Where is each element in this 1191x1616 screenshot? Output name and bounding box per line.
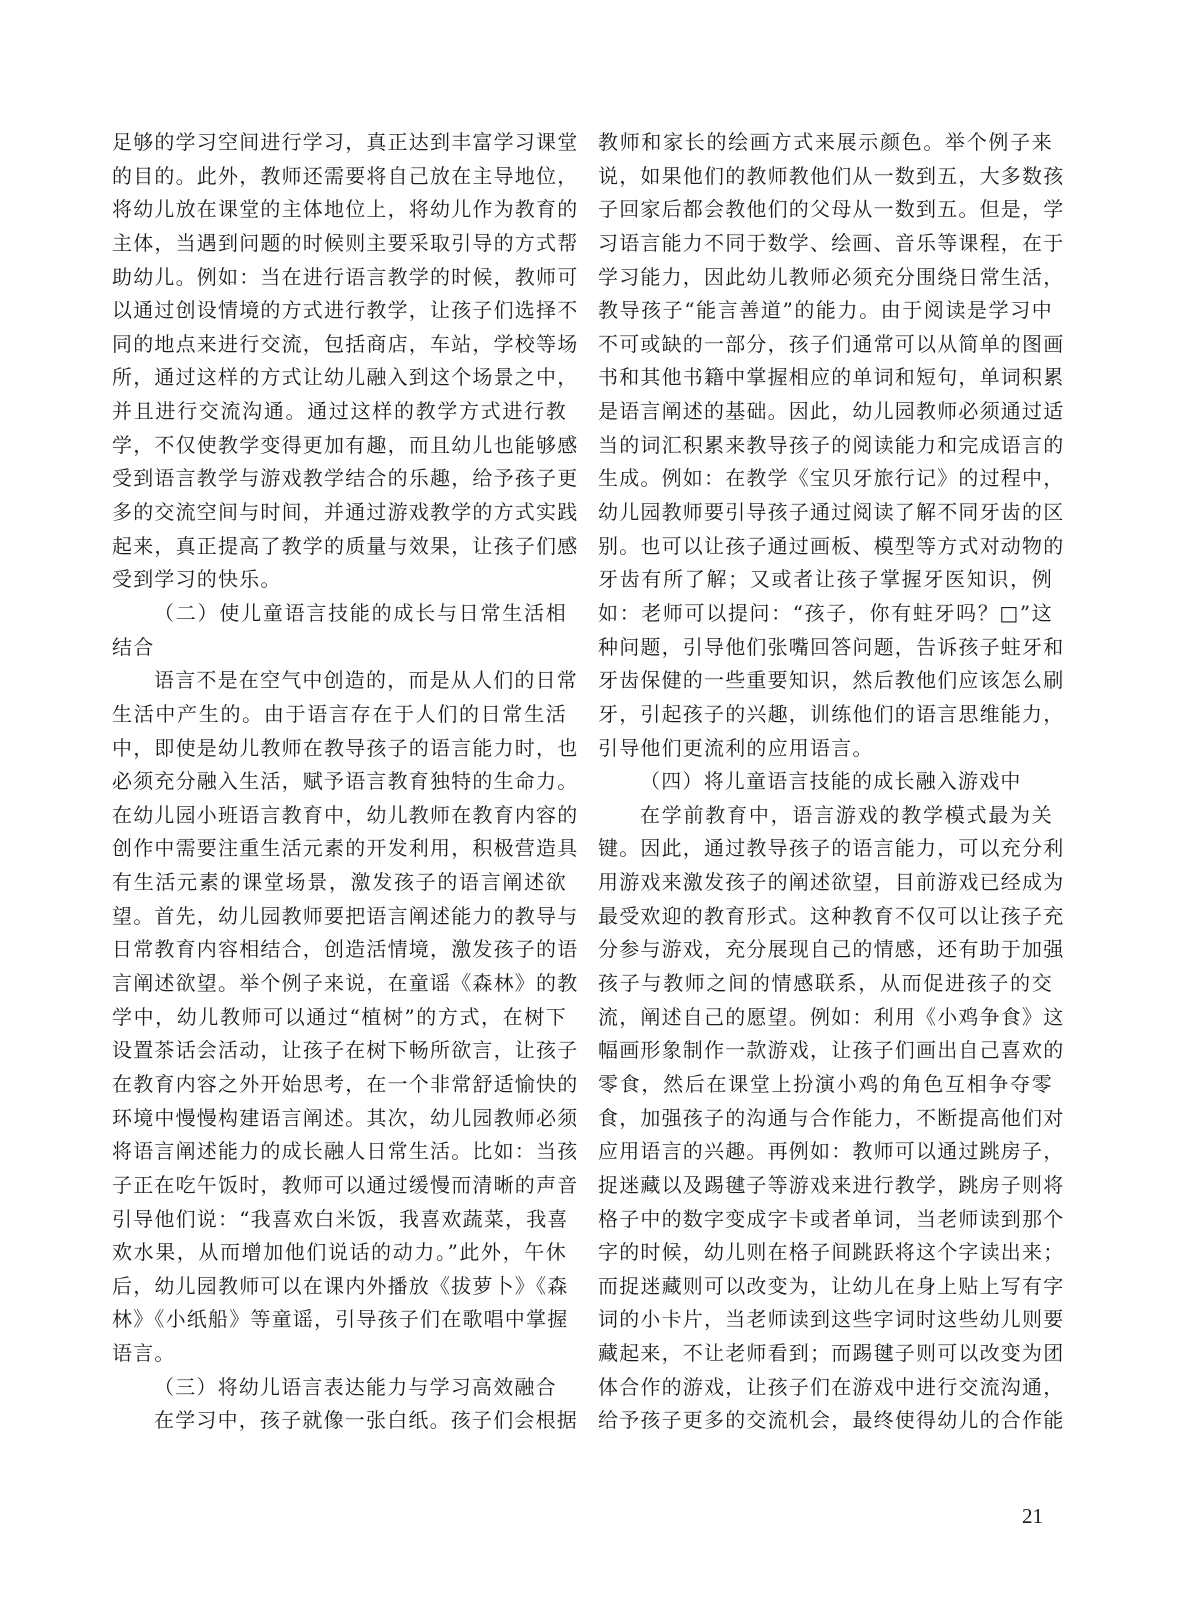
text-line: 子回家后都会教他们的父母从一数到五。但是，学 — [598, 193, 1053, 227]
text-line: 食，加强孩子的沟通与合作能力，不断提高他们对 — [598, 1102, 1053, 1136]
text-line: 孩子与教师之间的情感联系，从而促进孩子的交 — [598, 967, 1053, 1001]
text-line: 别。也可以让孩子通过画板、模型等方式对动物的 — [598, 530, 1053, 564]
text-line: 在教育内容之外开始思考，在一个非常舒适愉快的 — [112, 1068, 567, 1102]
paragraph-end-line: 受到学习的快乐。 — [112, 563, 567, 597]
text-line: 流，阐述自己的愿望。例如：利用《小鸡争食》这 — [598, 1001, 1053, 1035]
text-line: 的目的。此外，教师还需要将自己放在主导地位， — [112, 160, 567, 194]
left-column: 足够的学习空间进行学习，真正达到丰富学习课堂的目的。此外，教师还需要将自己放在主… — [112, 126, 567, 1438]
text-line: 所，通过这样的方式让幼儿融入到这个场景之中， — [112, 361, 567, 395]
text-line: 如：老师可以提问：“孩子，你有蛀牙吗？□”这 — [598, 597, 1053, 631]
text-line: 牙齿保健的一些重要知识，然后教他们应该怎么刷 — [598, 664, 1053, 698]
text-line: 后，幼儿园教师可以在课内外播放《拔萝卜》《森 — [112, 1270, 567, 1304]
text-line: 创作中需要注重生活元素的开发利用，积极营造具 — [112, 832, 567, 866]
text-line: 学习能力，因此幼儿教师必须充分围绕日常生活， — [598, 261, 1053, 295]
text-line: 助幼儿。例如：当在进行语言教学的时候，教师可 — [112, 261, 567, 295]
text-line: 在幼儿园小班语言教育中，幼儿教师在教育内容的 — [112, 799, 567, 833]
paragraph-start-line: 语言不是在空气中创造的，而是从人们的日常 — [112, 664, 567, 698]
text-line: 主体，当遇到问题的时候则主要采取引导的方式帮 — [112, 227, 567, 261]
section-heading: （三）将幼儿语言表达能力与学习高效融合 — [112, 1371, 567, 1405]
text-line: 生成。例如：在教学《宝贝牙旅行记》的过程中， — [598, 462, 1053, 496]
text-line: 格子中的数字变成字卡或者单词，当老师读到那个 — [598, 1203, 1053, 1237]
text-line: 并且进行交流沟通。通过这样的教学方式进行教 — [112, 395, 567, 429]
text-line: 零食，然后在课堂上扮演小鸡的角色互相争夺零 — [598, 1068, 1053, 1102]
text-line: 环境中慢慢构建语言阐述。其次，幼儿园教师必须 — [112, 1102, 567, 1136]
text-line: 应用语言的兴趣。再例如：教师可以通过跳房子， — [598, 1135, 1053, 1169]
section-heading: （四）将儿童语言技能的成长融入游戏中 — [598, 765, 1053, 799]
text-line: 将幼儿放在课堂的主体地位上，将幼儿作为教育的 — [112, 193, 567, 227]
text-line: 学中，幼儿教师可以通过“植树”的方式，在树下 — [112, 1001, 567, 1035]
page-number: 21 — [1022, 1504, 1043, 1529]
text-line: 足够的学习空间进行学习，真正达到丰富学习课堂 — [112, 126, 567, 160]
text-line: 多的交流空间与时间，并通过游戏教学的方式实践 — [112, 496, 567, 530]
right-column: 教师和家长的绘画方式来展示颜色。举个例子来说，如果他们的教师教他们从一数到五，大… — [598, 126, 1053, 1438]
text-line: 言阐述欲望。举个例子来说，在童谣《森林》的教 — [112, 967, 567, 1001]
text-line: 说，如果他们的教师教他们从一数到五，大多数孩 — [598, 160, 1053, 194]
text-line: 键。因此，通过教导孩子的语言能力，可以充分利 — [598, 832, 1053, 866]
paragraph-end-line: 结合 — [112, 631, 567, 665]
text-line: 书和其他书籍中掌握相应的单词和短句，单词积累 — [598, 361, 1053, 395]
text-line: 设置茶话会活动，让孩子在树下畅所欲言，让孩子 — [112, 1034, 567, 1068]
text-line: 而捉迷藏则可以改变为，让幼儿在身上贴上写有字 — [598, 1270, 1053, 1304]
text-line: 字的时候，幼儿则在格子间跳跃将这个字读出来； — [598, 1236, 1053, 1270]
text-line: 有生活元素的课堂场景，激发孩子的语言阐述欲 — [112, 866, 567, 900]
text-line: 望。首先，幼儿园教师要把语言阐述能力的教导与 — [112, 900, 567, 934]
text-line: 藏起来，不让老师看到；而踢毽子则可以改变为团 — [598, 1337, 1053, 1371]
text-line: 起来，真正提高了教学的质量与效果，让孩子们感 — [112, 530, 567, 564]
text-line: 教导孩子“能言善道”的能力。由于阅读是学习中 — [598, 294, 1053, 328]
text-line: 捉迷藏以及踢毽子等游戏来进行教学，跳房子则将 — [598, 1169, 1053, 1203]
text-line: 分参与游戏，充分展现自己的情感，还有助于加强 — [598, 933, 1053, 967]
text-line: 不可或缺的一部分，孩子们通常可以从简单的图画 — [598, 328, 1053, 362]
text-line: 幼儿园教师要引导孩子通过阅读了解不同牙齿的区 — [598, 496, 1053, 530]
text-line: 受到语言教学与游戏教学结合的乐趣，给予孩子更 — [112, 462, 567, 496]
text-line: 牙齿有所了解；又或者让孩子掌握牙医知识，例 — [598, 563, 1053, 597]
text-line: 必须充分融入生活，赋予语言教育独特的生命力。 — [112, 765, 567, 799]
text-line: 中，即使是幼儿教师在教导孩子的语言能力时，也 — [112, 732, 567, 766]
text-line: 同的地点来进行交流，包括商店，车站，学校等场 — [112, 328, 567, 362]
text-line: 用游戏来激发孩子的阐述欲望，目前游戏已经成为 — [598, 866, 1053, 900]
text-line: 欢水果，从而增加他们说话的动力。”此外，午休 — [112, 1236, 567, 1270]
paragraph-start-line: 在学习中，孩子就像一张白纸。孩子们会根据 — [112, 1404, 567, 1438]
text-line: 幅画形象制作一款游戏，让孩子们画出自己喜欢的 — [598, 1034, 1053, 1068]
paragraph-end-line: 引导他们更流利的应用语言。 — [598, 732, 1053, 766]
text-line: 教师和家长的绘画方式来展示颜色。举个例子来 — [598, 126, 1053, 160]
text-line: 习语言能力不同于数学、绘画、音乐等课程，在于 — [598, 227, 1053, 261]
section-heading: （二）使儿童语言技能的成长与日常生活相 — [112, 597, 567, 631]
text-line: 是语言阐述的基础。因此，幼儿园教师必须通过适 — [598, 395, 1053, 429]
paragraph-end-line: 语言。 — [112, 1337, 567, 1371]
text-line: 学，不仅使教学变得更加有趣，而且幼儿也能够感 — [112, 429, 567, 463]
text-line: 给予孩子更多的交流机会，最终使得幼儿的合作能 — [598, 1404, 1053, 1438]
text-line: 生活中产生的。由于语言存在于人们的日常生活 — [112, 698, 567, 732]
text-line: 以通过创设情境的方式进行教学，让孩子们选择不 — [112, 294, 567, 328]
text-line: 牙，引起孩子的兴趣，训练他们的语言思维能力， — [598, 698, 1053, 732]
paragraph-start-line: 在学前教育中，语言游戏的教学模式最为关 — [598, 799, 1053, 833]
text-line: 子正在吃午饭时，教师可以通过缓慢而清晰的声音 — [112, 1169, 567, 1203]
text-line: 林》《小纸船》等童谣，引导孩子们在歌唱中掌握 — [112, 1303, 567, 1337]
text-line: 种问题，引导他们张嘴回答问题，告诉孩子蛀牙和 — [598, 631, 1053, 665]
text-line: 当的词汇积累来教导孩子的阅读能力和完成语言的 — [598, 429, 1053, 463]
text-line: 将语言阐述能力的成长融人日常生活。比如：当孩 — [112, 1135, 567, 1169]
text-line: 最受欢迎的教育形式。这种教育不仅可以让孩子充 — [598, 900, 1053, 934]
text-line: 引导他们说：“我喜欢白米饭，我喜欢蔬菜，我喜 — [112, 1203, 567, 1237]
text-line: 体合作的游戏，让孩子们在游戏中进行交流沟通， — [598, 1371, 1053, 1405]
text-line: 日常教育内容相结合，创造活情境，激发孩子的语 — [112, 933, 567, 967]
text-line: 词的小卡片，当老师读到这些字词时这些幼儿则要 — [598, 1303, 1053, 1337]
